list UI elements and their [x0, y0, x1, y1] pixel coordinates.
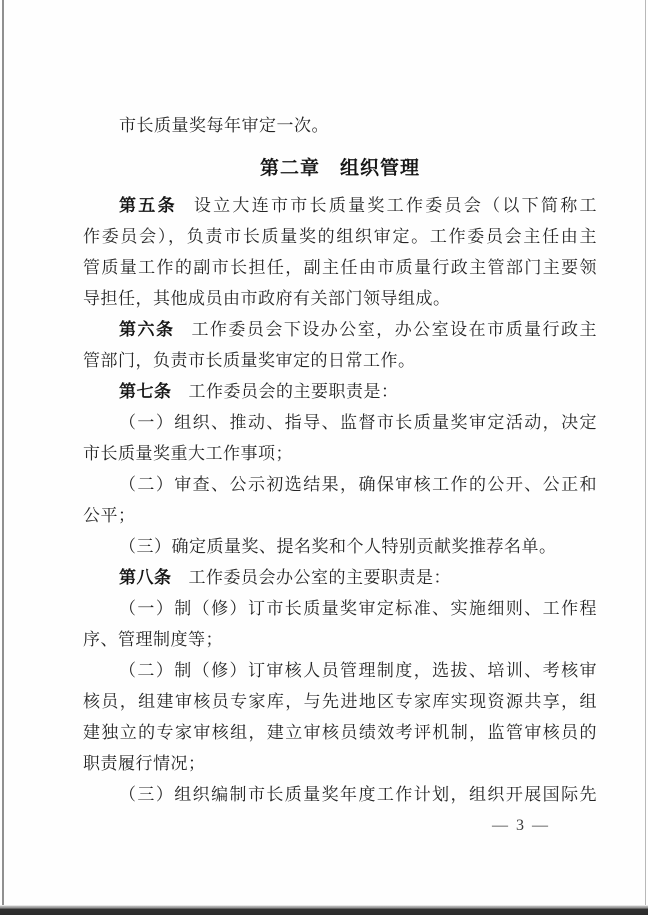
- line-text: （一）组织、推动、指导、监督市长质量奖审定活动，决定: [119, 413, 597, 432]
- line-text: 工作委员会下设办公室，办公室设在市质量行政主: [191, 320, 597, 339]
- body-line: 公平；: [83, 500, 597, 531]
- scanned-document-page: 市长质量奖每年审定一次。 第二章 组织管理 第五条设立大连市市长质量奖工作委员会…: [0, 0, 648, 915]
- body-line: （一）制（修）订市长质量奖审定标准、实施细则、工作程: [83, 593, 597, 624]
- line-text: 工作委员会办公室的主要职责是：: [189, 568, 452, 587]
- body-line: （二）审查、公示初选结果，确保审核工作的公开、公正和: [83, 469, 597, 500]
- body-line: 管质量工作的副市长担任，副主任由市质量行政主管部门主要领: [83, 252, 597, 283]
- article-number: 第五条: [119, 196, 177, 215]
- body-line: 市长质量奖重大工作事项；: [83, 438, 597, 469]
- line-text: 导担任，其他成员由市政府有关部门领导组成。: [83, 289, 451, 308]
- line-text: （一）制（修）订市长质量奖审定标准、实施细则、工作程: [119, 599, 597, 618]
- line-text: （二）审查、公示初选结果，确保审核工作的公开、公正和: [119, 475, 597, 494]
- body-line: （三）确定质量奖、提名奖和个人特别贡献奖推荐名单。: [83, 531, 597, 562]
- body-line: 职责履行情况；: [83, 748, 597, 779]
- body-line: 管部门，负责市长质量奖审定的日常工作。: [83, 345, 597, 376]
- line-text: 市长质量奖每年审定一次。: [119, 116, 329, 135]
- body-line: 导担任，其他成员由市政府有关部门领导组成。: [83, 283, 597, 314]
- line-text: 管部门，负责市长质量奖审定的日常工作。: [83, 351, 416, 370]
- article-number: 第七条: [119, 382, 172, 401]
- body-line: 第八条工作委员会办公室的主要职责是：: [83, 562, 597, 593]
- body-line: （三）组织编制市长质量奖年度工作计划，组织开展国际先: [83, 779, 597, 810]
- page-edge-left: [2, 0, 4, 909]
- line-text: （三）确定质量奖、提名奖和个人特别贡献奖推荐名单。: [119, 537, 557, 556]
- line-text: （二）制（修）订审核人员管理制度，选拔、培训、考核审: [119, 661, 597, 680]
- body-line: 市长质量奖每年审定一次。: [83, 110, 597, 141]
- line-text: 公平；: [83, 506, 136, 525]
- body-line: 第七条工作委员会的主要职责是：: [83, 376, 597, 407]
- line-text: 序、管理制度等；: [83, 630, 223, 649]
- line-text: 市长质量奖重大工作事项；: [83, 444, 293, 463]
- line-text: 作委员会），负责市长质量奖的组织审定。工作委员会主任由主: [83, 227, 597, 246]
- body-line: 核员，组建审核员专家库，与先进地区专家库实现资源共享，组: [83, 686, 597, 717]
- line-text: 设立大连市市长质量奖工作委员会（以下简称工: [194, 196, 597, 215]
- line-text: 职责履行情况；: [83, 754, 206, 773]
- page-content: 市长质量奖每年审定一次。 第二章 组织管理 第五条设立大连市市长质量奖工作委员会…: [83, 110, 597, 810]
- article-number: 第六条: [119, 320, 174, 339]
- article-number: 第八条: [119, 568, 172, 587]
- page-edge-right: [645, 0, 646, 909]
- body-line: 序、管理制度等；: [83, 624, 597, 655]
- line-text: 核员，组建审核员专家库，与先进地区专家库实现资源共享，组: [83, 692, 597, 711]
- body-line: （一）组织、推动、指导、监督市长质量奖审定活动，决定: [83, 407, 597, 438]
- page-number: — 3 —: [492, 817, 550, 835]
- body-line: 第五条设立大连市市长质量奖工作委员会（以下简称工: [83, 190, 597, 221]
- line-text: 管质量工作的副市长担任，副主任由市质量行政主管部门主要领: [83, 258, 597, 277]
- chapter-heading: 第二章 组织管理: [83, 153, 597, 184]
- body-line: （二）制（修）订审核人员管理制度，选拔、培训、考核审: [83, 655, 597, 686]
- body-line: 建独立的专家审核组，建立审核员绩效考评机制，监管审核员的: [83, 717, 597, 748]
- line-text: 建独立的专家审核组，建立审核员绩效考评机制，监管审核员的: [83, 723, 597, 742]
- body-line: 第六条工作委员会下设办公室，办公室设在市质量行政主: [83, 314, 597, 345]
- page-edge-bottom: [0, 905, 648, 915]
- body-line: 作委员会），负责市长质量奖的组织审定。工作委员会主任由主: [83, 221, 597, 252]
- line-text: 工作委员会的主要职责是：: [189, 382, 399, 401]
- line-text: （三）组织编制市长质量奖年度工作计划，组织开展国际先: [119, 785, 597, 804]
